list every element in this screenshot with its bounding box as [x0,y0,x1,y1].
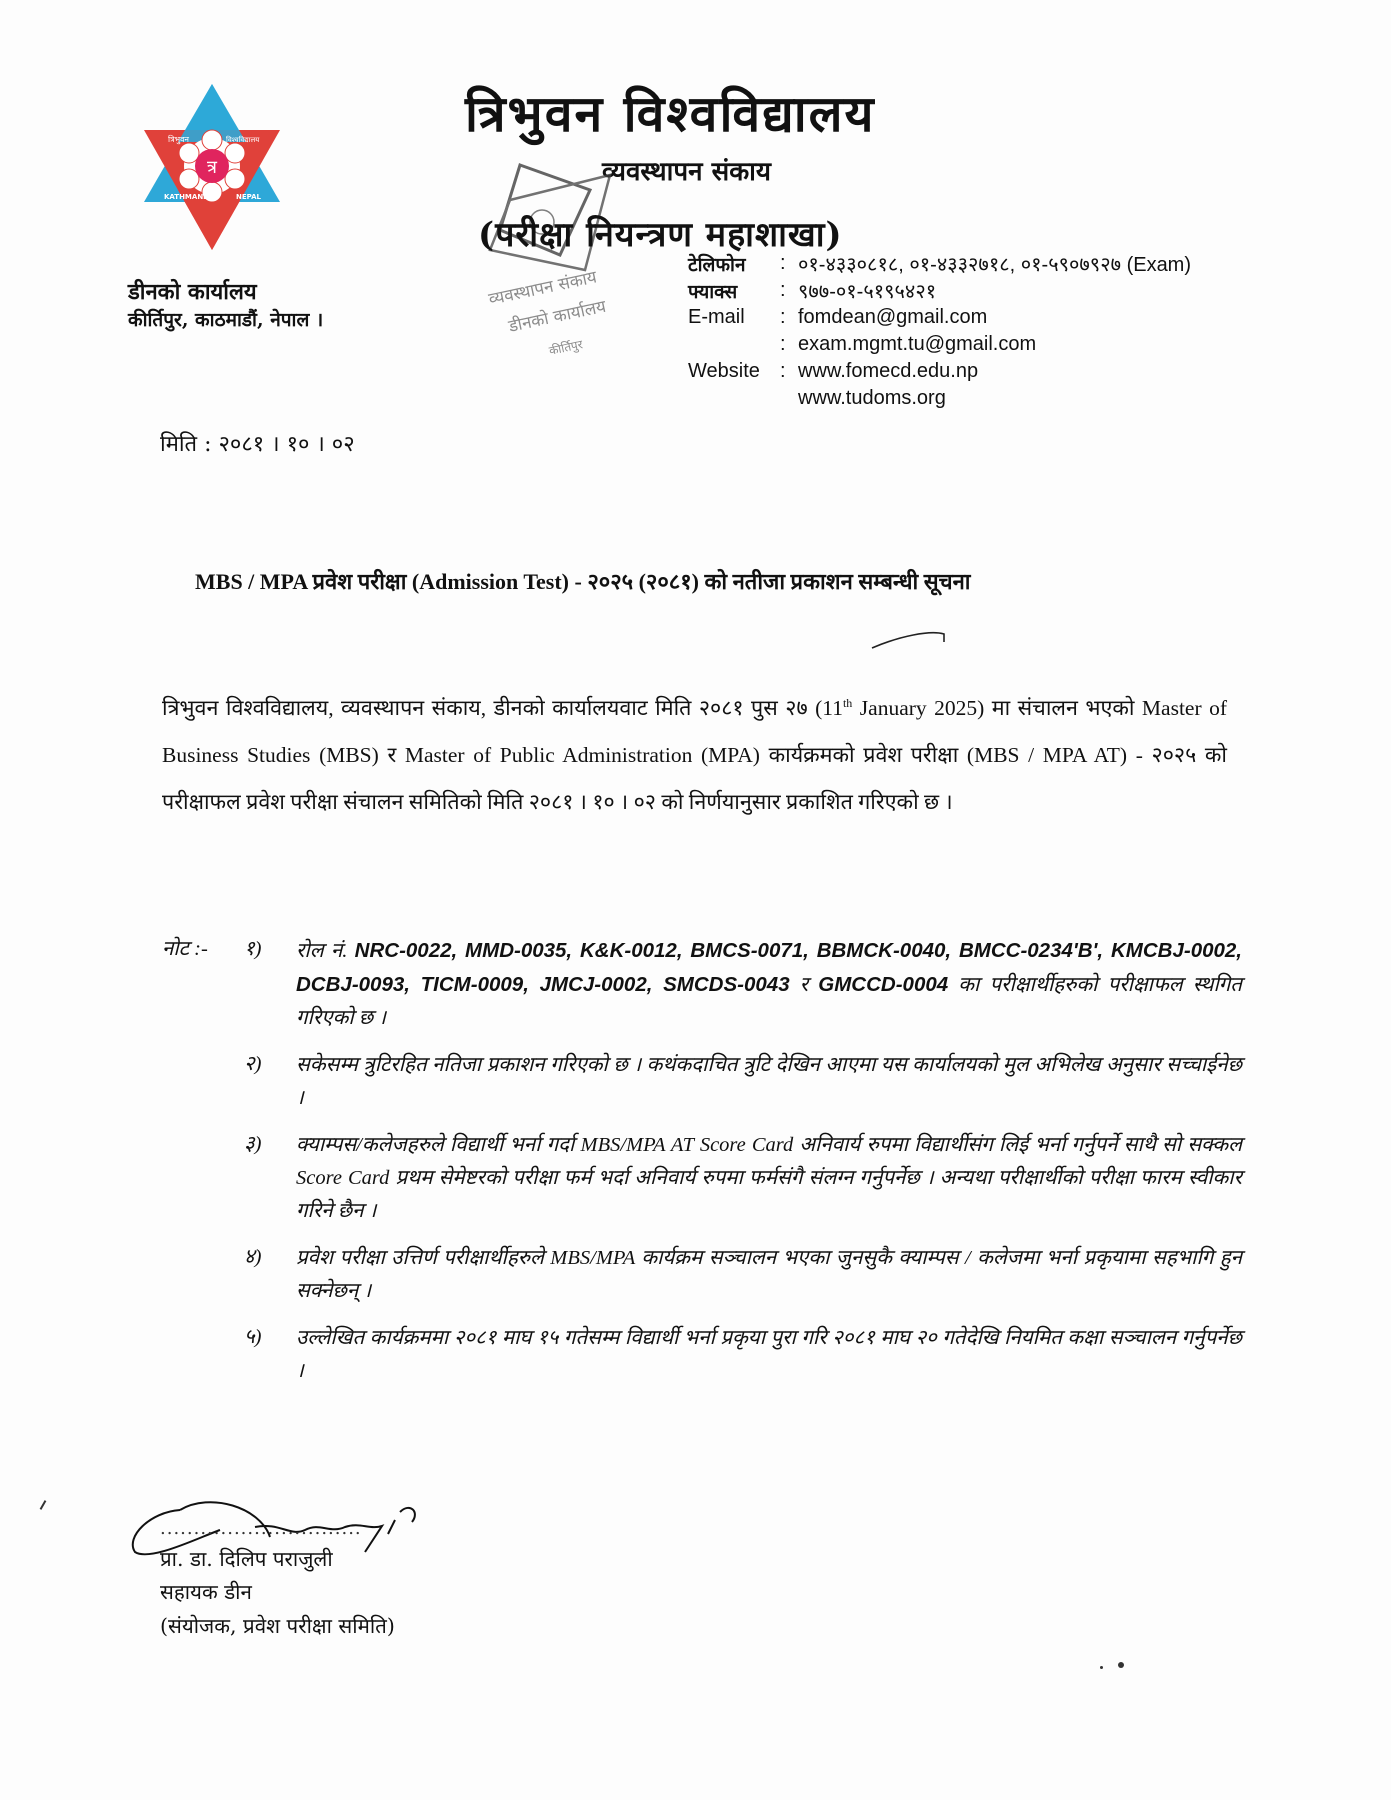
scan-speck [1100,1666,1103,1669]
logo-center-glyph: त्र [207,157,218,178]
contact-fax: फ्याक्स : ९७७-०१-५१९५४२१ [688,277,1191,304]
signatory-committee: (संयोजक, प्रवेश परीक्षा समिति) [160,1612,395,1640]
signatory-name: प्रा. डा. दिलिप पराजुली [160,1545,333,1573]
note-item: नोट :- १) रोल नं. NRC-0022, MMD-0035, K&… [162,934,1242,1035]
office-address: कीर्तिपुर, काठमाडौं, नेपाल । [128,306,323,332]
notice-body: त्रिभुवन विश्वविद्यालय, व्यवस्थापन संकाय… [162,680,1227,826]
scan-speck [1118,1662,1124,1668]
website-link[interactable]: www.fomecd.edu.np [798,360,978,383]
office-stamp-icon: व्यवस्थापन संकाय डीनको कार्यालय कीर्तिपु… [480,160,690,370]
contact-block: टेलिफोन : ०१-४३३०८१८, ०१-४३३२७१८, ०१-५९०… [688,250,1191,412]
note-item: २) सकेसम्म त्रुटिरहित नतिजा प्रकाशन गरिए… [162,1049,1242,1115]
notice-date: मिति : २०८१ । १० । ०२ [160,428,355,458]
notice-page: त्र त्रिभुवन विश्वविद्यालय KATHMANDU, NE… [0,0,1391,1800]
note-item: ३) क्याम्पस/कलेजहरुले विद्यार्थी भर्ना ग… [162,1129,1242,1228]
email-link[interactable]: fomdean@gmail.com [798,306,987,329]
svg-text:KATHMANDU,: KATHMANDU, [164,193,217,201]
signatory-role: सहायक डीन [160,1578,252,1606]
svg-text:NEPAL: NEPAL [236,193,262,201]
pen-scribble-icon [870,628,950,654]
contact-email: E-mail : fomdean@gmail.com [688,304,1191,331]
email-link-2[interactable]: exam.mgmt.tu@gmail.com [798,333,1036,356]
contact-website: Website : www.fomecd.edu.np [688,358,1191,385]
svg-text:कीर्तिपुर: कीर्तिपुर [548,337,585,359]
signature-line: .............................. [160,1518,362,1539]
tribhuvan-university-emblem-icon: त्र त्रिभुवन विश्वविद्यालय KATHMANDU, NE… [140,82,285,252]
contact-website-2: www.tudoms.org [688,385,1191,412]
notice-subject: MBS / MPA प्रवेश परीक्षा (Admission Test… [195,566,971,596]
office-name: डीनको कार्यालय [128,276,257,306]
note-item: ४) प्रवेश परीक्षा उत्तिर्ण परीक्षार्थीहर… [162,1242,1242,1308]
svg-text:त्रिभुवन: त्रिभुवन [168,134,190,145]
notes-list: नोट :- १) रोल नं. NRC-0022, MMD-0035, K&… [162,934,1242,1402]
contact-telephone: टेलिफोन : ०१-४३३०८१८, ०१-४३३२७१८, ०१-५९०… [688,250,1191,277]
note-item: ५) उल्लेखित कार्यक्रममा २०८१ माघ १५ गतेस… [162,1322,1242,1388]
svg-text:विश्वविद्यालय: विश्वविद्यालय [226,135,260,144]
website-link-2[interactable]: www.tudoms.org [798,387,946,410]
university-name: त्रिभुवन विश्वविद्यालय [465,78,876,146]
contact-email-2: : exam.mgmt.tu@gmail.com [688,331,1191,358]
notes-heading: नोट :- [162,934,244,1035]
scan-speck [40,1500,47,1510]
